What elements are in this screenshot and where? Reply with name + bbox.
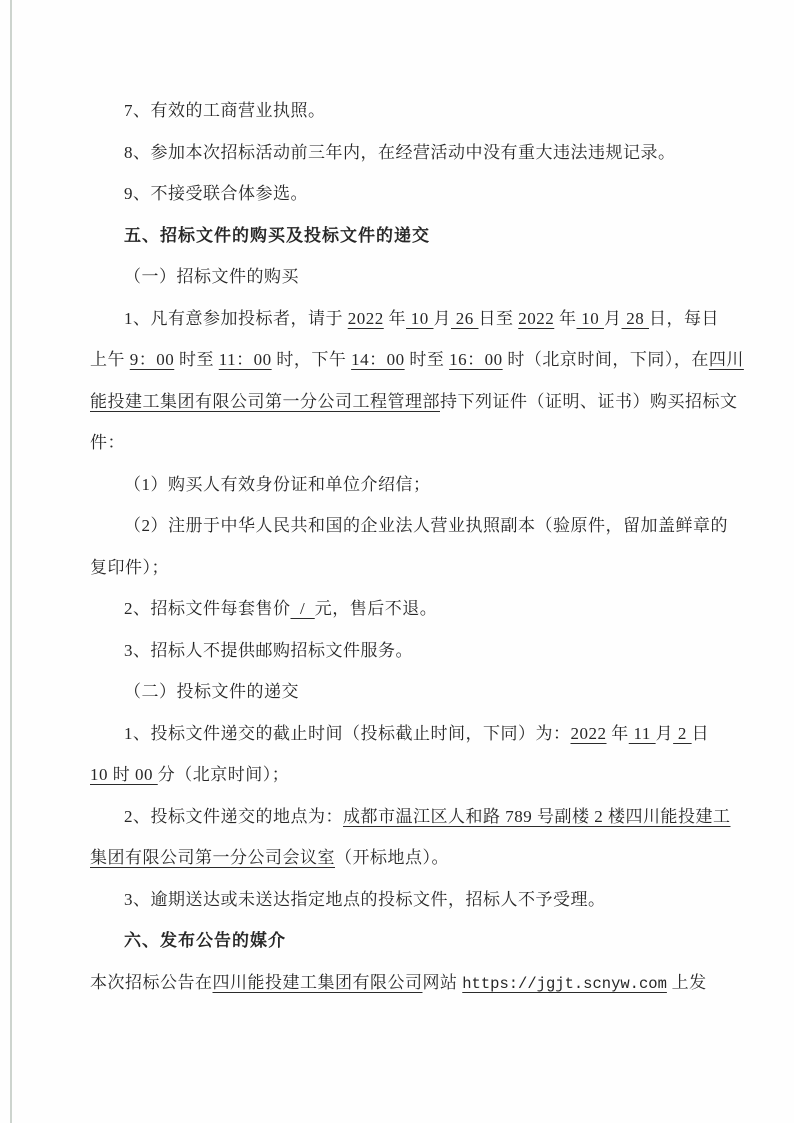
underlined-text: 四川能投建工集团有限公司 (213, 973, 423, 992)
underlined-text: 11：00 (219, 350, 272, 369)
underlined-text: 11 (629, 724, 656, 743)
text-run: 3、逾期送达或未送达指定地点的投标文件，招标人不予受理。 (124, 890, 606, 909)
text-line: 10 时 00 分（北京时间）； (90, 754, 706, 796)
underlined-text: 26 (451, 309, 479, 328)
underlined-text: 成都市温江区人和路 789 号副楼 2 楼四川能投建工 (343, 807, 731, 826)
text-line: （一）招标文件的购买 (90, 256, 706, 298)
text-run: 月 (656, 724, 674, 743)
text-line: 上午 9：00 时至 11：00 时，下午 14：00 时至 16：00 时（北… (90, 339, 706, 381)
text-run: （开标地点）。 (335, 848, 449, 867)
underlined-text: 28 (622, 309, 650, 328)
underlined-text: / (291, 599, 315, 618)
text-run: 日 (692, 724, 710, 743)
section-heading: 六、发布公告的媒介 (90, 920, 706, 962)
text-run: 时至 (174, 350, 219, 369)
text-line: 3、逾期送达或未送达指定地点的投标文件，招标人不予受理。 (90, 879, 706, 921)
underlined-text: 10 (406, 309, 434, 328)
text-run: 年 (554, 309, 576, 328)
scan-edge-artifact (10, 0, 12, 1123)
text-run: （二）投标文件的递交 (124, 682, 299, 701)
text-run: （一）招标文件的购买 (124, 267, 299, 286)
text-run: 月 (434, 309, 452, 328)
text-run: 8、参加本次招标活动前三年内，在经营活动中没有重大违法违规记录。 (124, 143, 676, 162)
document-page: 7、有效的工商营业执照。8、参加本次招标活动前三年内，在经营活动中没有重大违法违… (0, 0, 794, 1123)
text-run: 2、投标文件递交的地点为： (124, 807, 343, 826)
underlined-text: 集团有限公司第一分公司会议室 (90, 848, 335, 867)
text-line: 1、投标文件递交的截止时间（投标截止时间，下同）为：2022 年 11 月 2 … (90, 713, 706, 755)
underlined-text: 2 (673, 724, 692, 743)
underlined-text: 2022 (518, 309, 554, 328)
text-run: 复印件）； (90, 558, 169, 577)
text-run: 年 (607, 724, 629, 743)
underlined-text: 9：00 (130, 350, 175, 369)
text-line: 本次招标公告在四川能投建工集团有限公司网站 https://jgjt.scnyw… (90, 962, 706, 1006)
text-line: 2、投标文件递交的地点为：成都市温江区人和路 789 号副楼 2 楼四川能投建工 (90, 796, 706, 838)
text-run: 月 (604, 309, 622, 328)
text-line: 8、参加本次招标活动前三年内，在经营活动中没有重大违法违规记录。 (90, 132, 706, 174)
text-run: 3、招标人不提供邮购招标文件服务。 (124, 641, 413, 660)
underlined-text: 16：00 (449, 350, 503, 369)
text-line: 件： (90, 422, 706, 464)
text-line: 2、招标文件每套售价 / 元，售后不退。 (90, 588, 706, 630)
underlined-text: 2022 (571, 724, 607, 743)
url-text: https://jgjt.scnyw.com (462, 975, 667, 993)
text-run: 时至 (405, 350, 450, 369)
text-run: 1、投标文件递交的截止时间（投标截止时间，下同）为： (124, 724, 571, 743)
text-line: （2）注册于中华人民共和国的企业法人营业执照副本（验原件，留加盖鲜章的 (90, 505, 706, 547)
text-run: 分（北京时间）； (158, 765, 290, 784)
text-run: 本次招标公告在 (90, 973, 213, 992)
text-run: 六、发布公告的媒介 (124, 931, 286, 950)
text-line: 1、凡有意参加投标者，请于 2022 年 10 月 26 日至 2022 年 1… (90, 298, 706, 340)
text-run: （2）注册于中华人民共和国的企业法人营业执照副本（验原件，留加盖鲜章的 (124, 516, 728, 535)
underlined-text: 14：00 (351, 350, 405, 369)
text-run: 上发 (667, 973, 707, 992)
text-line: 7、有效的工商营业执照。 (90, 90, 706, 132)
text-run: 元，售后不退。 (315, 599, 438, 618)
text-run: 日，每日 (649, 309, 719, 328)
text-run: 2、招标文件每套售价 (124, 599, 291, 618)
text-run: 件： (90, 433, 125, 452)
text-run: 时（北京时间，下同），在 (503, 350, 709, 369)
text-line: （1）购买人有效身份证和单位介绍信； (90, 464, 706, 506)
section-heading: 五、招标文件的购买及投标文件的递交 (90, 215, 706, 257)
underlined-text: 10 时 00 (90, 765, 158, 784)
underlined-text: 10 (577, 309, 605, 328)
text-line: （二）投标文件的递交 (90, 671, 706, 713)
text-run: 时，下午 (272, 350, 352, 369)
underlined-text: 四川 (709, 350, 744, 369)
document-body: 7、有效的工商营业执照。8、参加本次招标活动前三年内，在经营活动中没有重大违法违… (90, 90, 706, 1005)
text-line: 3、招标人不提供邮购招标文件服务。 (90, 630, 706, 672)
text-run: 年 (384, 309, 406, 328)
text-line: 9、不接受联合体参选。 (90, 173, 706, 215)
text-run: 日至 (479, 309, 519, 328)
text-run: 网站 (423, 973, 463, 992)
text-run: 7、有效的工商营业执照。 (124, 101, 326, 120)
text-run: 上午 (90, 350, 130, 369)
text-run: 五、招标文件的购买及投标文件的递交 (124, 226, 430, 245)
text-run: 1、凡有意参加投标者，请于 (124, 309, 348, 328)
underlined-text: 2022 (348, 309, 384, 328)
text-line: 能投建工集团有限公司第一分公司工程管理部持下列证件（证明、证书）购买招标文 (90, 381, 706, 423)
text-line: 复印件）； (90, 547, 706, 589)
text-run: 持下列证件（证明、证书）购买招标文 (440, 392, 738, 411)
text-line: 集团有限公司第一分公司会议室（开标地点）。 (90, 837, 706, 879)
text-run: 9、不接受联合体参选。 (124, 184, 308, 203)
text-run: （1）购买人有效身份证和单位介绍信； (124, 475, 431, 494)
underlined-text: 能投建工集团有限公司第一分公司工程管理部 (90, 392, 440, 411)
